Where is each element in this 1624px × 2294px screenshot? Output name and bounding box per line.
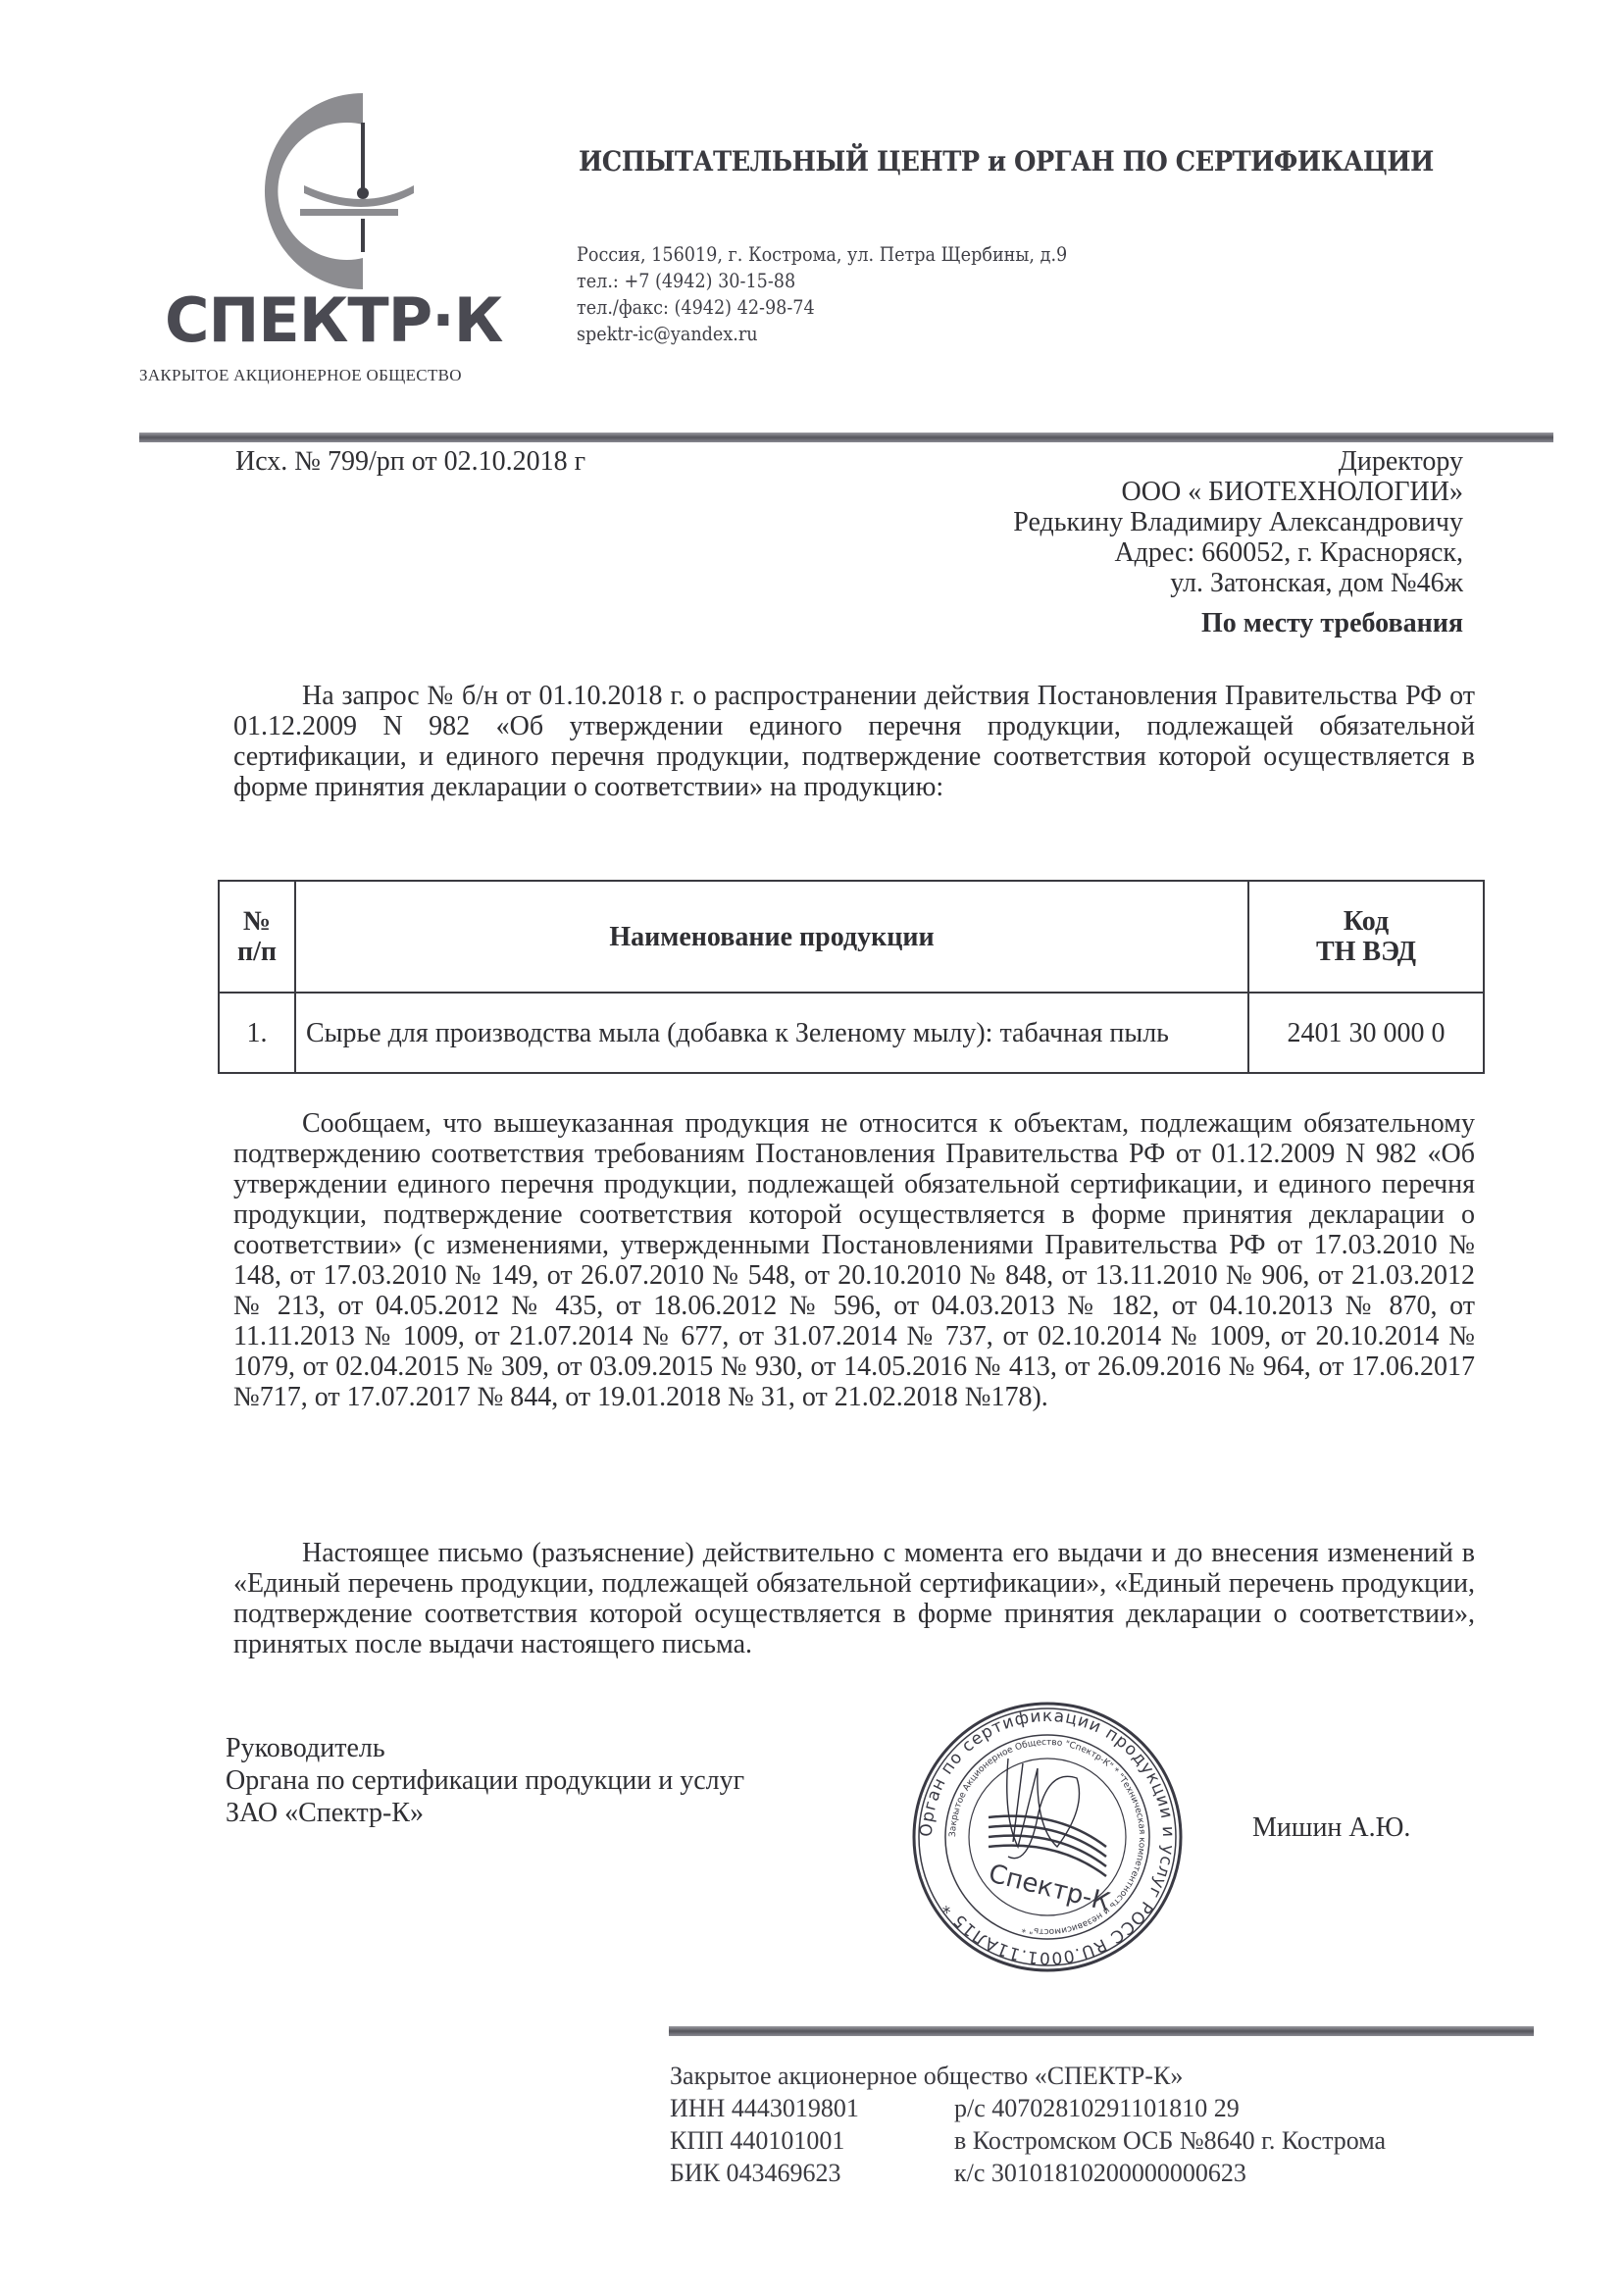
table-row: 1. Сырье для производства мыла (добавка … — [219, 993, 1484, 1073]
table-header-row: № п/п Наименование продукции Код ТН ВЭД — [219, 881, 1484, 993]
company-requisites: Закрытое акционерное общество «СПЕКТР-К»… — [670, 2060, 1386, 2189]
cell-product-name: Сырье для производства мыла (добавка к З… — [295, 993, 1248, 1073]
email-address: spektr-ic@yandex.ru — [577, 321, 1067, 347]
postal-address: Россия, 156019, г. Кострома, ул. Петра Щ… — [577, 241, 1067, 268]
cell-tnved-code: 2401 30 000 0 — [1248, 993, 1484, 1073]
addressee-note: По месту требования — [1013, 608, 1463, 638]
request-paragraph: На запрос № б/н от 01.10.2018 г. о распр… — [233, 681, 1475, 802]
official-seal-icon: Орган по сертификации продукции и услуг … — [910, 1700, 1185, 1974]
inn: ИНН 4443019801 — [670, 2092, 954, 2124]
outgoing-reference: Исх. № 799/рп от 02.10.2018 г — [235, 446, 585, 478]
conclusion-paragraph: Сообщаем, что вышеуказанная продукция не… — [233, 1108, 1475, 1412]
spektr-logo-icon — [216, 83, 431, 299]
addressee-line: Редькину Владимиру Александровичу — [1013, 507, 1463, 537]
requisites-row: БИК 043469623 к/с 30101810200000000623 — [670, 2157, 1386, 2189]
requisites-row: КПП 440101001 в Костромском ОСБ №8640 г.… — [670, 2124, 1386, 2157]
contact-block: Россия, 156019, г. Кострома, ул. Петра Щ… — [577, 241, 1067, 347]
paragraph-text: Сообщаем, что вышеуказанная продукция не… — [233, 1108, 1475, 1412]
addressee-line: Директору — [1013, 446, 1463, 477]
paragraph-text: Настоящее письмо (разъяснение) действите… — [233, 1538, 1475, 1659]
organization-title: ИСПЫТАТЕЛЬНЫЙ ЦЕНТР и ОРГАН ПО СЕРТИФИКА… — [579, 145, 1434, 178]
signatory-title: Руководитель Органа по сертификации прод… — [226, 1732, 744, 1829]
logo-wordmark: СПЕКТР·К — [165, 284, 502, 356]
svg-text:Закрытое Акционерное Общество: Закрытое Акционерное Общество "Спектр-К"… — [948, 1738, 1146, 1936]
requisites-row: ИНН 4443019801 р/с 40702810291101810 29 — [670, 2092, 1386, 2124]
addressee-line: Адрес: 660052, г. Красноряск, — [1013, 537, 1463, 568]
footer-company-name: Закрытое акционерное общество «СПЕКТР-К» — [670, 2060, 1386, 2092]
paragraph-text: На запрос № б/н от 01.10.2018 г. о распр… — [233, 681, 1475, 802]
signer-name: Мишин А.Ю. — [1252, 1812, 1410, 1844]
addressee-block: Директору ООО « БИОТЕХНОЛОГИИ» Редькину … — [1013, 446, 1463, 638]
settlement-account: р/с 40702810291101810 29 — [954, 2092, 1240, 2124]
column-header-tnved-code: Код ТН ВЭД — [1248, 881, 1484, 993]
column-header-number: № п/п — [219, 881, 295, 993]
logo-subtitle: ЗАКРЫТОЕ АКЦИОНЕРНОЕ ОБЩЕСТВО — [139, 366, 462, 385]
bik: БИК 043469623 — [670, 2157, 954, 2189]
company-logo: СПЕКТР·К ЗАКРЫТОЕ АКЦИОНЕРНОЕ ОБЩЕСТВО — [137, 78, 510, 392]
validity-paragraph: Настоящее письмо (разъяснение) действите… — [233, 1538, 1475, 1659]
addressee-line: ООО « БИОТЕХНОЛОГИИ» — [1013, 477, 1463, 507]
column-header-product-name: Наименование продукции — [295, 881, 1248, 993]
header-divider — [139, 433, 1553, 442]
footer-divider — [669, 2026, 1534, 2036]
phone-number: тел.: +7 (4942) 30-15-88 — [577, 268, 1067, 294]
addressee-line: ул. Затонская, дом №46ж — [1013, 568, 1463, 598]
kpp: КПП 440101001 — [670, 2124, 954, 2157]
bank-name: в Костромском ОСБ №8640 г. Кострома — [954, 2124, 1386, 2157]
fax-number: тел./факс: (4942) 42-98-74 — [577, 294, 1067, 321]
product-table: № п/п Наименование продукции Код ТН ВЭД … — [218, 880, 1485, 1074]
cell-number: 1. — [219, 993, 295, 1073]
correspondent-account: к/с 30101810200000000623 — [954, 2157, 1246, 2189]
